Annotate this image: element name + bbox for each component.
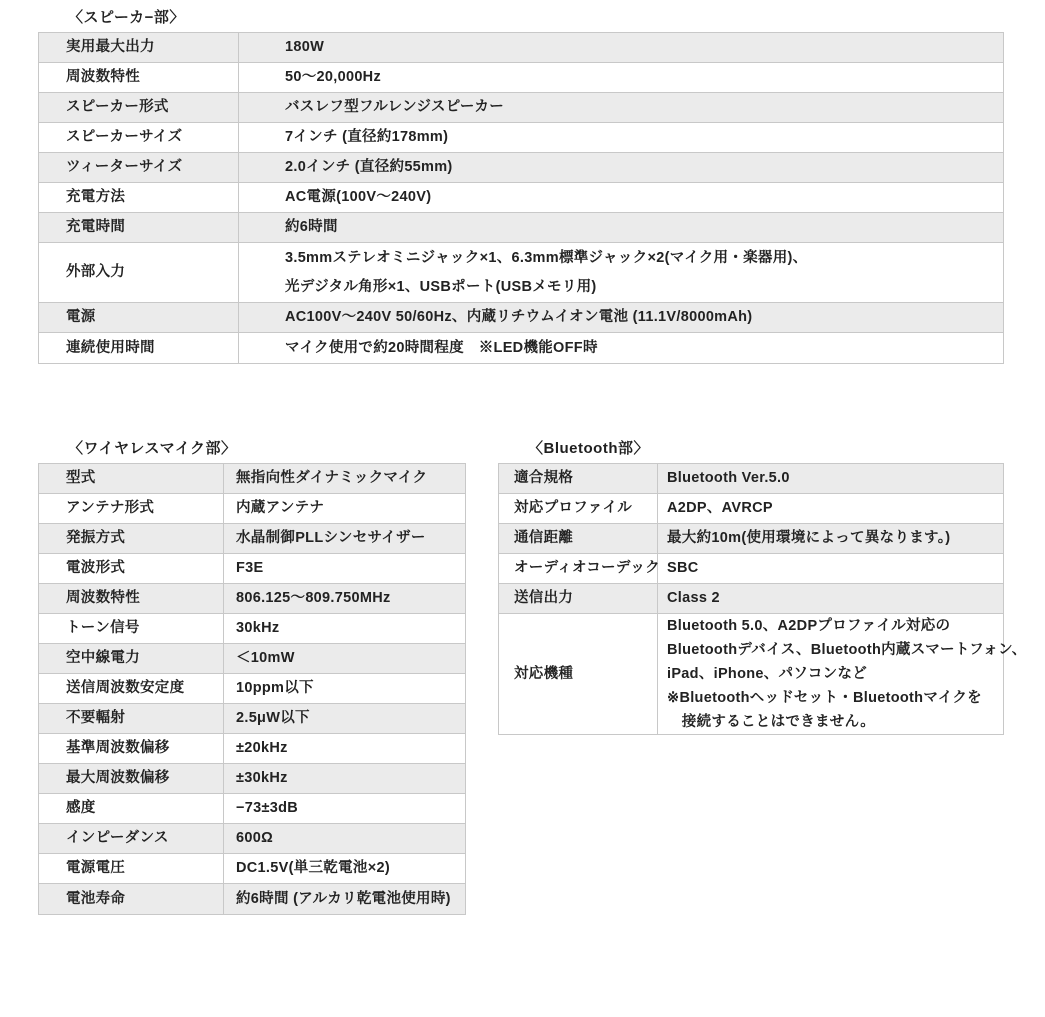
spec-value: 10ppm以下	[224, 674, 465, 703]
spec-value: A2DP、AVRCP	[658, 494, 1003, 523]
spec-label: 送信出力	[499, 584, 658, 613]
spec-value: −73±3dB	[224, 794, 465, 823]
spec-label: 最大周波数偏移	[39, 764, 224, 793]
spec-value: Bluetooth 5.0、A2DPプロファイル対応のBluetoothデバイス…	[658, 614, 1027, 734]
table-row: 電波形式F3E	[39, 554, 465, 584]
spec-label: インピーダンス	[39, 824, 224, 853]
spec-label: 電源電圧	[39, 854, 224, 883]
spec-value: ±30kHz	[224, 764, 465, 793]
spec-value: 水晶制御PLLシンセサイザー	[224, 524, 465, 553]
table-row: アンテナ形式内蔵アンテナ	[39, 494, 465, 524]
table-row: 電源電圧DC1.5V(単三乾電池×2)	[39, 854, 465, 884]
table-row: 感度−73±3dB	[39, 794, 465, 824]
spec-value: Bluetooth Ver.5.0	[658, 464, 1003, 493]
table-row: トーン信号30kHz	[39, 614, 465, 644]
section-title-wireless-mic: 〈ワイヤレスマイク部〉	[68, 437, 237, 458]
spec-label: 充電方法	[39, 183, 239, 212]
table-row: 型式無指向性ダイナミックマイク	[39, 464, 465, 494]
table-row: スピーカーサイズ7インチ (直径約178mm)	[39, 123, 1003, 153]
spec-label: 感度	[39, 794, 224, 823]
spec-label: 型式	[39, 464, 224, 493]
table-row: 実用最大出力180W	[39, 33, 1003, 63]
table-row: 周波数特性806.125〜809.750MHz	[39, 584, 465, 614]
table-row: ツィーターサイズ2.0インチ (直径約55mm)	[39, 153, 1003, 183]
spec-value: Class 2	[658, 584, 1003, 613]
spec-value: 600Ω	[224, 824, 465, 853]
spec-value: F3E	[224, 554, 465, 583]
spec-value: AC電源(100V〜240V)	[239, 183, 1003, 212]
spec-label: 電池寿命	[39, 884, 224, 914]
table-row: 充電方法AC電源(100V〜240V)	[39, 183, 1003, 213]
table-row: 適合規格Bluetooth Ver.5.0	[499, 464, 1003, 494]
table-row: 周波数特性50〜20,000Hz	[39, 63, 1003, 93]
spec-value: 2.5μW以下	[224, 704, 465, 733]
spec-label: スピーカーサイズ	[39, 123, 239, 152]
table-row: 通信距離最大約10m(使用環境によって異なります。)	[499, 524, 1003, 554]
spec-label: トーン信号	[39, 614, 224, 643]
spec-label: アンテナ形式	[39, 494, 224, 523]
spec-value: ＜10mW	[224, 644, 465, 673]
table-row: 対応機種Bluetooth 5.0、A2DPプロファイル対応のBluetooth…	[499, 614, 1003, 734]
table-row: オーディオコーデックSBC	[499, 554, 1003, 584]
spec-value: 2.0インチ (直径約55mm)	[239, 153, 1003, 182]
table-row: スピーカー形式バスレフ型フルレンジスピーカー	[39, 93, 1003, 123]
spec-label: 空中線電力	[39, 644, 224, 673]
spec-value: 無指向性ダイナミックマイク	[224, 464, 465, 493]
spec-label: 基準周波数偏移	[39, 734, 224, 763]
spec-label: 充電時間	[39, 213, 239, 242]
spec-value: AC100V〜240V 50/60Hz、内蔵リチウムイオン電池 (11.1V/8…	[239, 303, 1003, 332]
spec-label: 対応機種	[499, 614, 658, 734]
table-row: 最大周波数偏移±30kHz	[39, 764, 465, 794]
spec-value: 806.125〜809.750MHz	[224, 584, 465, 613]
spec-value: SBC	[658, 554, 1003, 583]
spec-label: 電源	[39, 303, 239, 332]
spec-label: 連続使用時間	[39, 333, 239, 363]
spec-value: 最大約10m(使用環境によって異なります。)	[658, 524, 1003, 553]
table-row: 空中線電力＜10mW	[39, 644, 465, 674]
spec-value: マイク使用で約20時間程度 ※LED機能OFF時	[239, 333, 1003, 363]
spec-table-speaker: 実用最大出力180W周波数特性50〜20,000Hzスピーカー形式バスレフ型フル…	[38, 32, 1004, 364]
spec-value: ±20kHz	[224, 734, 465, 763]
table-row: 充電時間約6時間	[39, 213, 1003, 243]
spec-value: DC1.5V(単三乾電池×2)	[224, 854, 465, 883]
spec-label: 不要輻射	[39, 704, 224, 733]
spec-label: 適合規格	[499, 464, 658, 493]
spec-value: 50〜20,000Hz	[239, 63, 1003, 92]
table-row: 送信周波数安定度10ppm以下	[39, 674, 465, 704]
spec-label: 発振方式	[39, 524, 224, 553]
spec-value: 約6時間 (アルカリ乾電池使用時)	[224, 884, 465, 914]
table-row: 電池寿命約6時間 (アルカリ乾電池使用時)	[39, 884, 465, 914]
spec-value: 30kHz	[224, 614, 465, 643]
spec-value: バスレフ型フルレンジスピーカー	[239, 93, 1003, 122]
section-title-bluetooth: 〈Bluetooth部〉	[528, 437, 649, 458]
spec-value: 内蔵アンテナ	[224, 494, 465, 523]
spec-label: 送信周波数安定度	[39, 674, 224, 703]
spec-label: 周波数特性	[39, 584, 224, 613]
table-row: 不要輻射2.5μW以下	[39, 704, 465, 734]
table-row: 外部入力3.5mmステレオミニジャック×1、6.3mm標準ジャック×2(マイク用…	[39, 243, 1003, 303]
table-row: 発振方式水晶制御PLLシンセサイザー	[39, 524, 465, 554]
spec-value: 180W	[239, 33, 1003, 62]
spec-label: オーディオコーデック	[499, 554, 658, 583]
spec-label: 外部入力	[39, 243, 239, 302]
spec-table-bluetooth: 適合規格Bluetooth Ver.5.0対応プロファイルA2DP、AVRCP通…	[498, 463, 1004, 735]
spec-label: スピーカー形式	[39, 93, 239, 122]
table-row: 基準周波数偏移±20kHz	[39, 734, 465, 764]
spec-label: 実用最大出力	[39, 33, 239, 62]
table-row: 連続使用時間マイク使用で約20時間程度 ※LED機能OFF時	[39, 333, 1003, 363]
table-row: 送信出力Class 2	[499, 584, 1003, 614]
spec-label: 周波数特性	[39, 63, 239, 92]
spec-value: 3.5mmステレオミニジャック×1、6.3mm標準ジャック×2(マイク用・楽器用…	[239, 243, 1003, 302]
spec-label: 電波形式	[39, 554, 224, 583]
spec-label: 通信距離	[499, 524, 658, 553]
spec-value: 約6時間	[239, 213, 1003, 242]
spec-table-wireless-mic: 型式無指向性ダイナミックマイクアンテナ形式内蔵アンテナ発振方式水晶制御PLLシン…	[38, 463, 466, 915]
spec-label: 対応プロファイル	[499, 494, 658, 523]
table-row: インピーダンス600Ω	[39, 824, 465, 854]
spec-label: ツィーターサイズ	[39, 153, 239, 182]
table-row: 対応プロファイルA2DP、AVRCP	[499, 494, 1003, 524]
section-title-speaker: 〈スピーカ−部〉	[68, 6, 185, 27]
spec-value: 7インチ (直径約178mm)	[239, 123, 1003, 152]
table-row: 電源AC100V〜240V 50/60Hz、内蔵リチウムイオン電池 (11.1V…	[39, 303, 1003, 333]
